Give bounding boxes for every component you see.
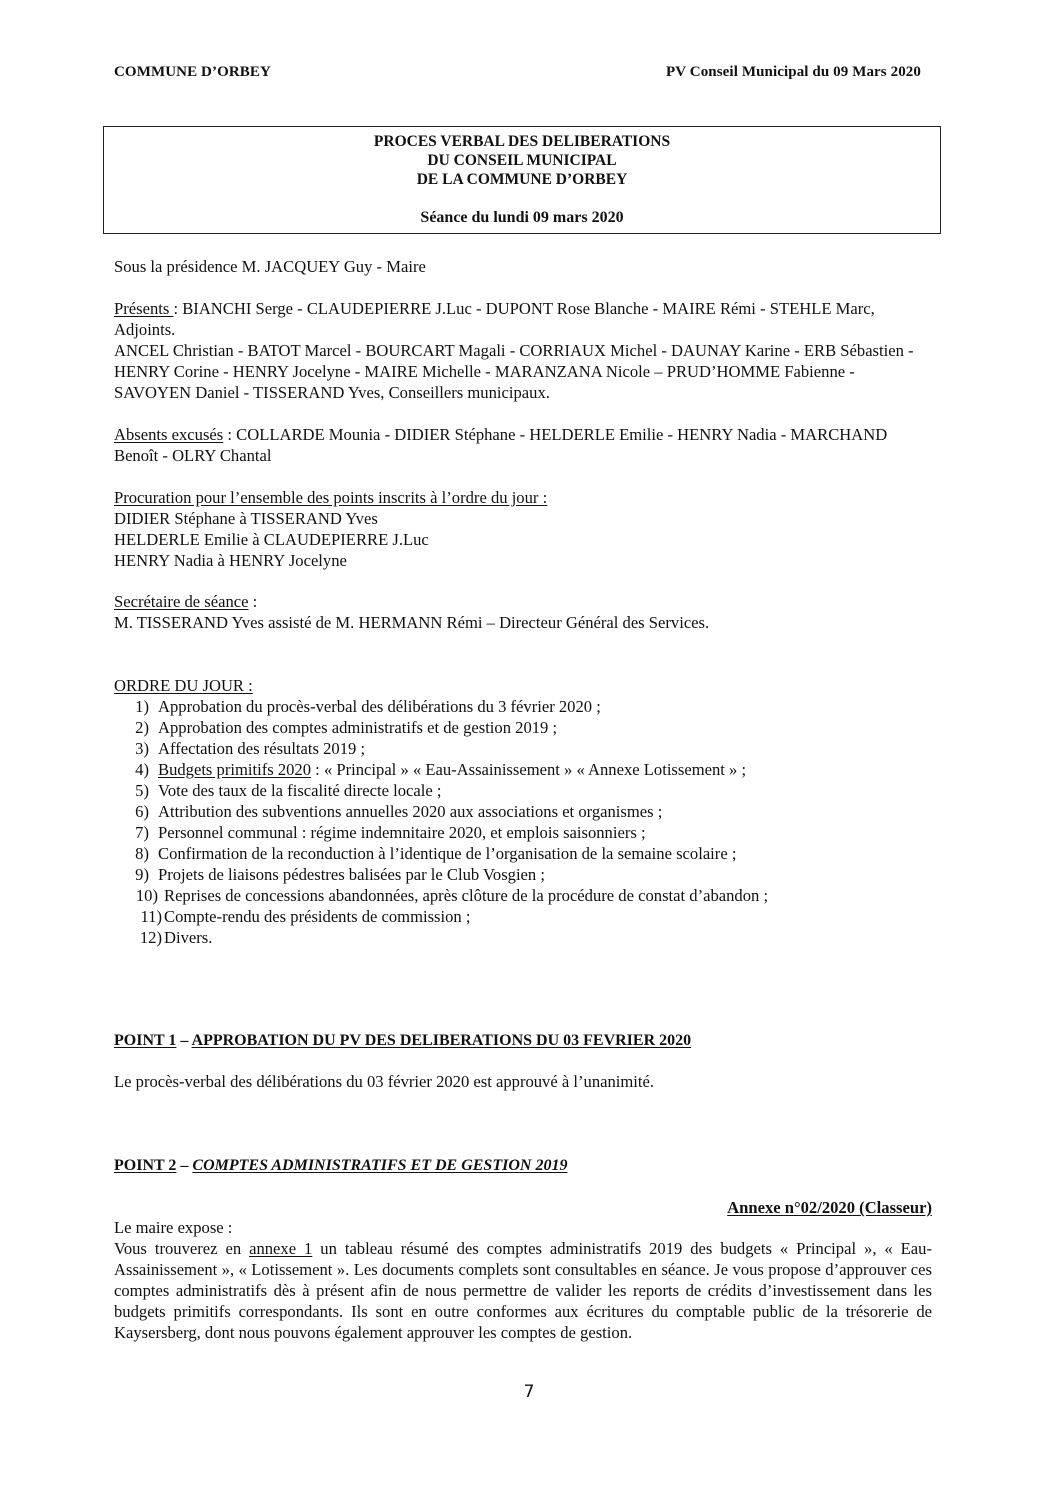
point1-heading: POINT 1 – APPROBATION DU PV DES DELIBERA… xyxy=(114,1030,932,1051)
secretaire-block: Secrétaire de séance : M. TISSERAND Yves… xyxy=(114,591,932,633)
title-box: PROCES VERBAL DES DELIBERATIONS DU CONSE… xyxy=(103,126,941,234)
agenda-item: 6)Attribution des subventions annuelles … xyxy=(114,801,932,822)
agenda-item: 1)Approbation du procès-verbal des délib… xyxy=(114,696,932,717)
presents-label: Présents xyxy=(114,299,173,318)
point2-title: COMPTES ADMINISTRATIFS ET DE GESTION 201… xyxy=(192,1157,567,1174)
presents-adjoints: Présents : BIANCHI Serge - CLAUDEPIERRE … xyxy=(114,298,932,340)
procuration-block: Procuration pour l’ensemble des points i… xyxy=(114,487,932,571)
point2-body: Le maire expose : Vous trouverez en anne… xyxy=(114,1217,932,1343)
agenda-item: 2)Approbation des comptes administratifs… xyxy=(114,717,932,738)
agenda-item: 12)Divers. xyxy=(114,927,932,948)
point2-heading: POINT 2 – COMPTES ADMINISTRATIFS ET DE G… xyxy=(114,1155,932,1176)
header-commune: COMMUNE D’ORBEY xyxy=(114,64,271,81)
presidence: Sous la présidence M. JACQUEY Guy - Mair… xyxy=(114,256,932,277)
agenda-item: 8)Confirmation de la reconduction à l’id… xyxy=(114,843,932,864)
point2-intro: Le maire expose : xyxy=(114,1217,932,1238)
procuration-item: HELDERLE Emilie à CLAUDEPIERRE J.Luc xyxy=(114,529,932,550)
absents-block: Absents excusés : COLLARDE Mounia - DIDI… xyxy=(114,424,932,466)
agenda-list: 1)Approbation du procès-verbal des délib… xyxy=(114,696,932,948)
point1-text: Le procès-verbal des délibérations du 03… xyxy=(114,1071,932,1092)
presents-block: Présents : BIANCHI Serge - CLAUDEPIERRE … xyxy=(114,298,932,403)
absents-label: Absents excusés xyxy=(114,425,223,444)
title-line-1: PROCES VERBAL DES DELIBERATIONS xyxy=(104,132,940,151)
title-line-3: DE LA COMMUNE D’ORBEY xyxy=(104,170,940,189)
presents-conseillers: ANCEL Christian - BATOT Marcel - BOURCAR… xyxy=(114,340,932,403)
agenda-item: 7)Personnel communal : régime indemnitai… xyxy=(114,822,932,843)
annexe-1-link[interactable]: annexe 1 xyxy=(249,1239,312,1258)
secretaire-text: M. TISSERAND Yves assisté de M. HERMANN … xyxy=(114,612,932,633)
procuration-label: Procuration pour l’ensemble des points i… xyxy=(114,487,932,508)
secretaire-label: Secrétaire de séance xyxy=(114,592,249,611)
page-number: 7 xyxy=(0,1382,1058,1402)
header-pv-date: PV Conseil Municipal du 09 Mars 2020 xyxy=(666,64,921,81)
title-line-2: DU CONSEIL MUNICIPAL xyxy=(104,151,940,170)
agenda-item: 5)Vote des taux de la fiscalité directe … xyxy=(114,780,932,801)
point1-label: POINT 1 xyxy=(114,1032,176,1049)
procuration-item: DIDIER Stéphane à TISSERAND Yves xyxy=(114,508,932,529)
point2-paragraph: Vous trouverez en annexe 1 un tableau ré… xyxy=(114,1238,932,1343)
agenda-item: 4)Budgets primitifs 2020 : « Principal »… xyxy=(114,759,932,780)
agenda-item: 3)Affectation des résultats 2019 ; xyxy=(114,738,932,759)
procuration-item: HENRY Nadia à HENRY Jocelyne xyxy=(114,550,932,571)
agenda-item: 11)Compte-rendu des présidents de commis… xyxy=(114,906,932,927)
ordre-du-jour-label: ORDRE DU JOUR : xyxy=(114,675,253,696)
ordre-du-jour: ORDRE DU JOUR : 1)Approbation du procès-… xyxy=(114,675,932,948)
point1-title: APPROBATION DU PV DES DELIBERATIONS DU 0… xyxy=(192,1032,692,1049)
point2-label: POINT 2 xyxy=(114,1157,176,1174)
seance-date: Séance du lundi 09 mars 2020 xyxy=(104,208,940,227)
agenda-item: 9)Projets de liaisons pédestres balisées… xyxy=(114,864,932,885)
point2-annexe: Annexe n°02/2020 (Classeur) xyxy=(114,1197,976,1218)
agenda-item: 10)Reprises de concessions abandonnées, … xyxy=(114,885,932,906)
